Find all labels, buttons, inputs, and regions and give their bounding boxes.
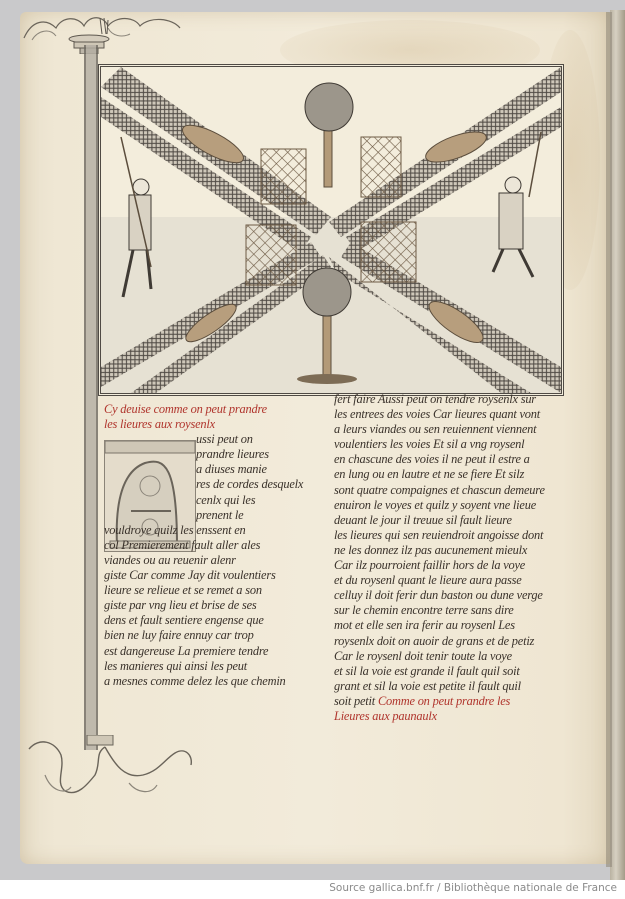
source-credit: Source gallica.bnf.fr / Bibliothèque nat… (329, 882, 617, 894)
right-text-column: fert faire Aussi peut on tendre roysenlx… (334, 392, 570, 724)
text-line: a mesnes comme delez les que chemin (104, 674, 324, 689)
text-line: a diuses manie (104, 462, 324, 477)
text-line: enuiron le voyes et quilz y soyent vne l… (334, 498, 570, 513)
text-line: viandes ou au reuenir alenr (104, 553, 324, 568)
text-line: roysenlx doit on auoir de grans et de pe… (334, 634, 570, 649)
text-line: et du roysenl quant le lieure aura passe (334, 573, 570, 588)
text-line: col Premierement fault aller ales (104, 538, 324, 553)
text-line: Car le roysenl doit tenir toute la voye (334, 649, 570, 664)
text-line: grant et sil la voie est petite il fault… (334, 679, 570, 694)
text-line: mot et elle sen ira ferir au roysenl Les (334, 618, 570, 633)
decorative-column-border (84, 45, 98, 750)
rubric-inline: Comme on peut prandre les (378, 694, 510, 708)
text-line: res de cordes desquelx (104, 477, 324, 492)
foliage-ornament-bottom-icon (25, 735, 195, 800)
text-line: prandre lieures (104, 447, 324, 462)
text-line: deuant le jour il treuue sil fault lieur… (334, 513, 570, 528)
text-line: cenlx qui les (104, 493, 324, 508)
text-line: giste Car comme Jay dit voulentiers (104, 568, 324, 583)
hunting-illustration (98, 64, 564, 396)
text-line: ne les donnez ilz pas aucunement mieulx (334, 543, 570, 558)
tree-top (305, 83, 353, 187)
text-line: en chascune des voies il ne peut il estr… (334, 452, 570, 467)
text-line: les lieures qui sen reuiendroit angoisse… (334, 528, 570, 543)
text-line: fert faire Aussi peut on tendre roysenlx… (334, 392, 570, 407)
text-line: bien ne luy faire ennuy car trop (104, 628, 324, 643)
text-line: les manieres qui ainsi les peut (104, 659, 324, 674)
left-text-column: Cy deuise comme on peut prandre les lieu… (104, 402, 324, 689)
rubric-line: Cy deuise comme on peut prandre (104, 402, 324, 417)
text-line: vouldroye quilz les enssent en (104, 523, 324, 538)
text-line: est dangereuse La premiere tendre (104, 644, 324, 659)
binding-shadow (606, 12, 612, 867)
text-line: prenent le (104, 508, 324, 523)
text-fragment: soit petit (334, 694, 375, 708)
text-line: giste par vng lieu et brise de ses (104, 598, 324, 613)
text-line: Car ilz pourroient faillir hors de la vo… (334, 558, 570, 573)
text-line: et sil la voie est grande il fault quil … (334, 664, 570, 679)
next-page-edge (610, 10, 625, 880)
text-line: lieure se relieue et se remet a son (104, 583, 324, 598)
rubric-line: Lieures aux paunaulx (334, 709, 570, 724)
text-line: sont quatre compaignes et chascun demeur… (334, 483, 570, 498)
text-line: voulentiers les voies Et sil a vng royse… (334, 437, 570, 452)
text-line: soit petit Comme on peut prandre les (334, 694, 570, 709)
text-line: en lung ou en lautre et ne se fiere Et s… (334, 467, 570, 482)
text-line: celluy il doit ferir dun baston ou dune … (334, 588, 570, 603)
rubric-line: les lieures aux roysenlx (104, 417, 324, 432)
text-line: ussi peut on (104, 432, 324, 447)
text-line: sur le chemin encontre terre sans dire (334, 603, 570, 618)
text-line: dens et fault sentiere engense que (104, 613, 324, 628)
text-line: les entrees des voies Car lieures quant … (334, 407, 570, 422)
text-line: a leurs viandes ou sen reuiennent vienne… (334, 422, 570, 437)
